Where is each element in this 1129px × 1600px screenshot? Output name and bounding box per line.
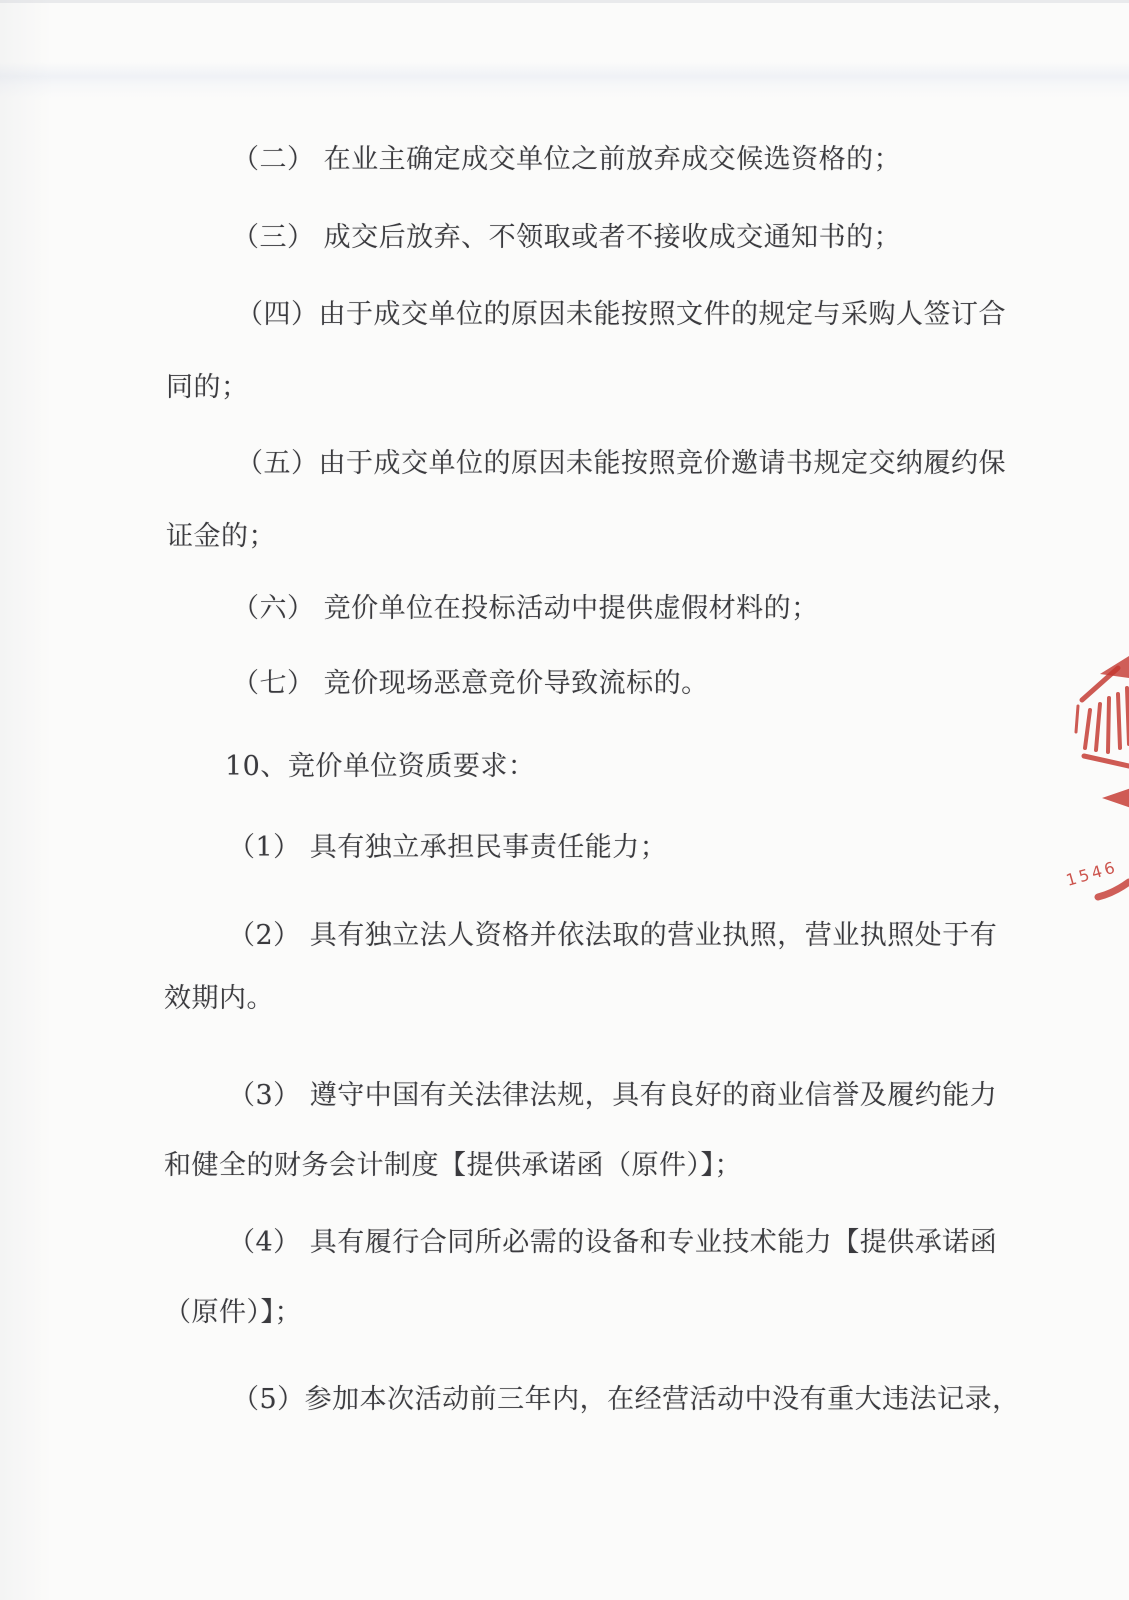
- document-line: （5）参加本次活动前三年内，在经营活动中没有重大违法记录，: [232, 1383, 1020, 1417]
- document-line: （2） 具有独立法人资格并依法取的营业执照，营业执照处于有: [228, 919, 997, 953]
- document-line: （原件）】；: [164, 1296, 302, 1330]
- seal-triangle-fragment: [1100, 656, 1129, 678]
- document-line: （七） 竞价现场恶意竞价导致流标的。: [232, 667, 709, 701]
- document-line: （4） 具有履行合同所必需的设备和专业技术能力【提供承诺函: [228, 1226, 997, 1260]
- document-line: （三） 成交后放弃、不领取或者不接收成交通知书的；: [232, 221, 901, 255]
- seal-serial-number: 1546: [1064, 857, 1120, 890]
- star-icon: [1102, 733, 1129, 862]
- official-seal-stamp: 1546: [1030, 648, 1129, 903]
- document-line: （四）由于成交单位的原因未能按照文件的规定与采购人签订合: [236, 298, 1006, 332]
- document-section-heading: 10、竞价单位资质要求：: [225, 750, 535, 784]
- document-line: （二） 在业主确定成交单位之前放弃成交候选资格的；: [232, 143, 901, 177]
- document-line: 证金的；: [166, 520, 276, 554]
- scan-artifact-left-edge: [0, 0, 52, 1600]
- document-line: （五）由于成交单位的原因未能按照竞价邀请书规定交纳履约保: [236, 447, 1006, 481]
- document-line: （六） 竞价单位在投标活动中提供虚假材料的；: [232, 592, 819, 626]
- seal-ring-arc: [1098, 882, 1129, 897]
- document-line: 效期内。: [164, 982, 274, 1016]
- scan-artifact-band: [0, 62, 1129, 98]
- document-line: 和健全的财务会计制度【提供承诺函（原件）】；: [164, 1149, 742, 1183]
- document-line: （1） 具有独立承担民事责任能力；: [228, 831, 667, 865]
- seal-text-strokes: [1076, 668, 1129, 766]
- document-line: 同的；: [166, 371, 249, 405]
- scanned-page: （二） 在业主确定成交单位之前放弃成交候选资格的； （三） 成交后放弃、不领取或…: [0, 0, 1129, 1600]
- scan-artifact-top-edge: [0, 0, 1129, 3]
- document-line: （3） 遵守中国有关法律法规，具有良好的商业信誉及履约能力: [228, 1079, 997, 1113]
